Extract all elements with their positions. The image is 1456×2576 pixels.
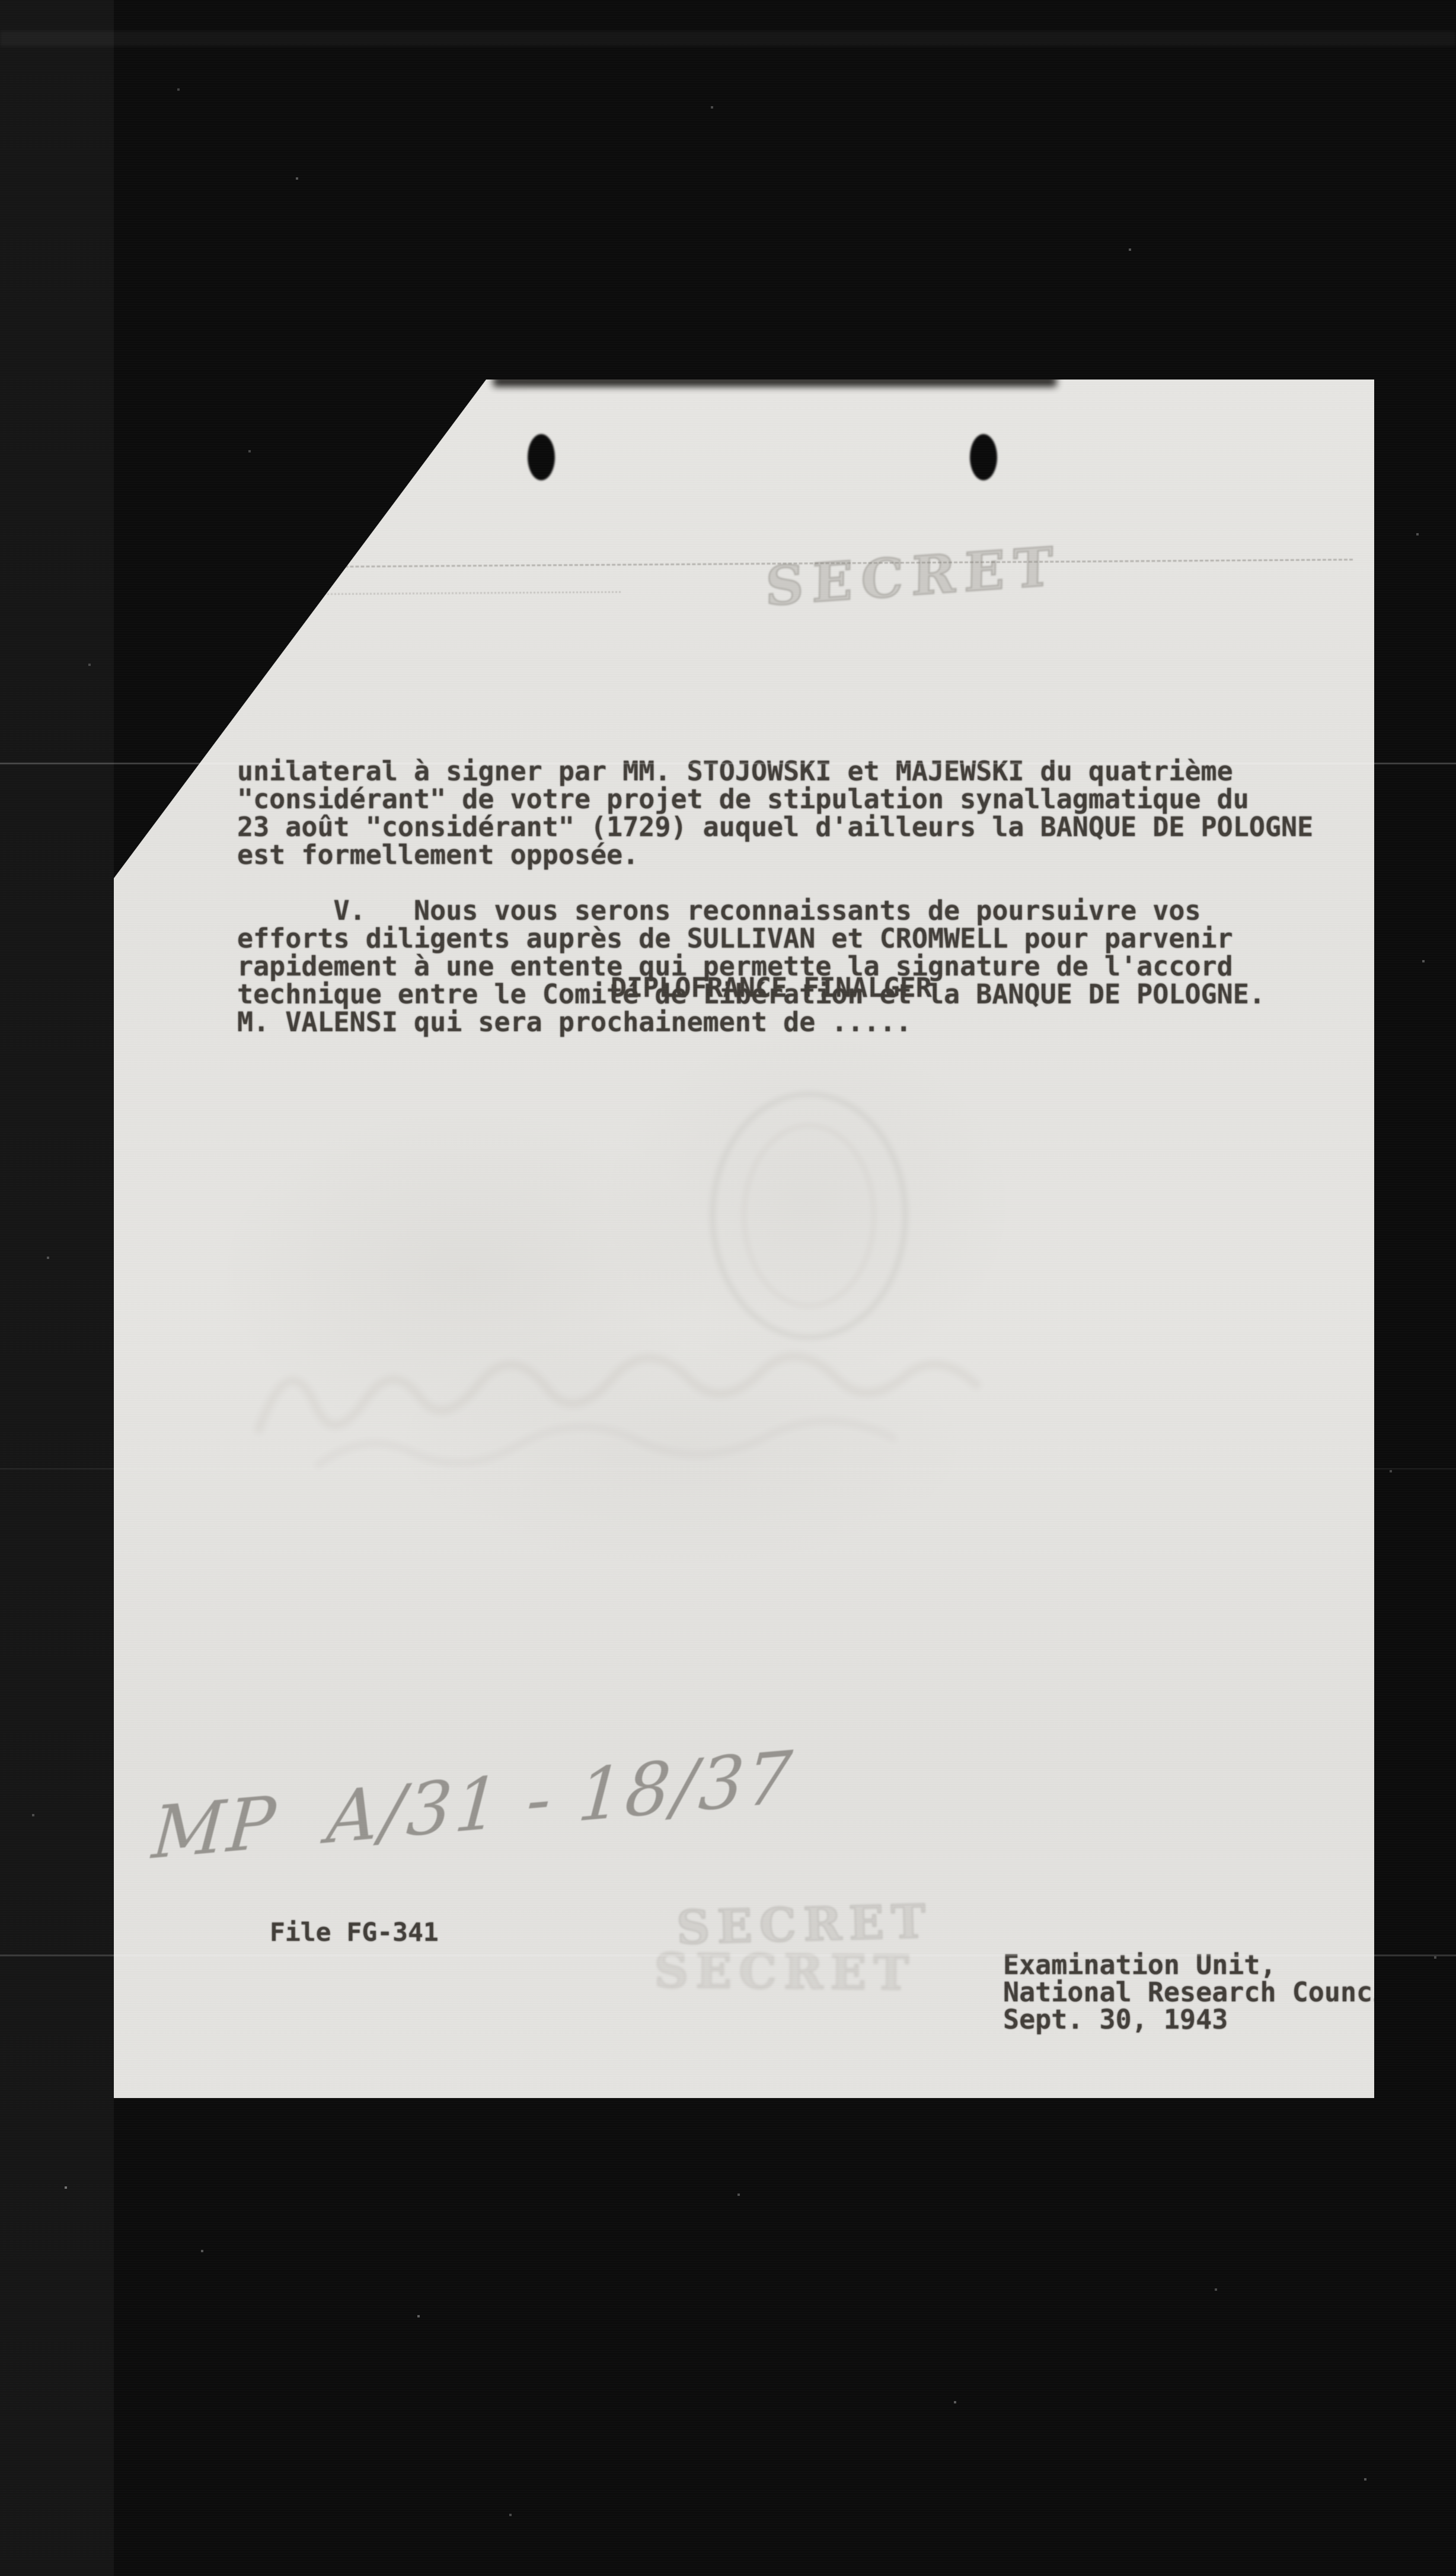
handwritten-file-note: MP A/31 - 18/37 (149, 1736, 797, 1875)
telegram-signoff: DIPLOFRANCE FINALGER (611, 974, 932, 1002)
footer-line: National Research Council (1003, 1979, 1404, 2006)
document-page: SECRET unilateral à signer par MM. STOJO… (114, 380, 1374, 2098)
file-reference: File FG-341 (270, 1919, 439, 1946)
secret-stamp-top: SECRET (765, 534, 1061, 618)
microfilm-background: SECRET unilateral à signer par MM. STOJO… (0, 0, 1456, 2576)
punch-hole-left (528, 434, 555, 480)
typed-line: unilateral à signer par MM. STOJOWSKI et… (237, 757, 1313, 785)
typed-line: est formellement opposée. (237, 841, 1313, 869)
film-streak (0, 31, 1456, 46)
typed-line: "considérant" de votre projet de stipula… (237, 785, 1313, 813)
typed-line (237, 869, 1313, 897)
typed-line: V. Nous vous serons reconnaissants de po… (237, 897, 1313, 924)
page-top-edge-smudge (493, 376, 1056, 387)
typed-line: 23 août "considérant" (1729) auquel d'ai… (237, 813, 1313, 841)
footer-block: Examination Unit,National Research Counc… (1003, 1857, 1404, 2033)
film-left-strip (0, 0, 114, 2576)
footer-line: Sept. 30, 1943 (1003, 2006, 1404, 2033)
footer-line: Examination Unit, (1003, 1952, 1404, 1979)
typed-line: M. VALENSI qui sera prochainement de ...… (237, 1008, 1313, 1036)
typed-line: efforts diligents auprès de SULLIVAN et … (237, 924, 1313, 952)
secret-stamp-bottom-ghost-2: SECRET (654, 1943, 916, 2001)
ghost-handwriting-bleedthrough (247, 1316, 1071, 1488)
scan-artifact-dotted-line (182, 591, 621, 596)
punch-hole-right (970, 434, 997, 480)
faint-seal-ghost (710, 1091, 908, 1340)
